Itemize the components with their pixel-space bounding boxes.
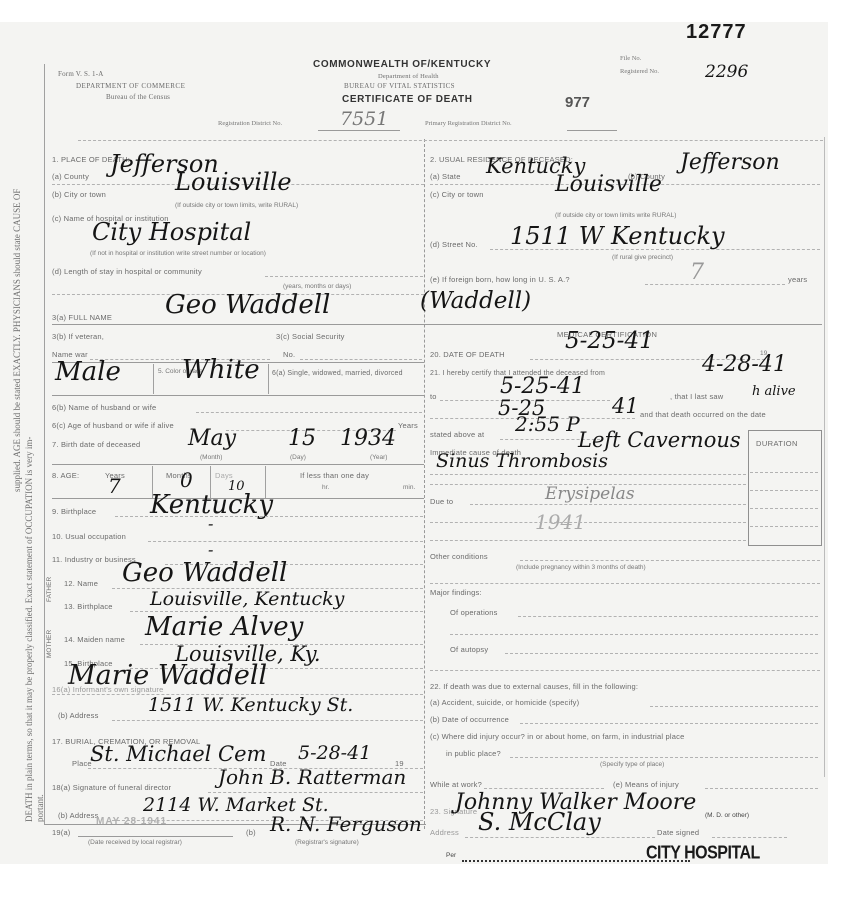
full-name-label: 3(a) FULL NAME: [52, 313, 112, 322]
birth-year[interactable]: 1934: [340, 426, 396, 451]
funeral-director-value[interactable]: John B. Ratterman: [218, 765, 406, 789]
stay-hint: (years, months or days): [283, 283, 351, 290]
city-label: (b) City or town: [52, 190, 106, 199]
full-name-alt[interactable]: (Waddell): [420, 288, 531, 314]
cause-line-1: [430, 474, 746, 475]
funeral-director-label: 18(a) Signature of funeral director: [52, 783, 171, 792]
form-left-border: [44, 64, 45, 824]
attended-from-value[interactable]: 4-28-41: [702, 352, 787, 377]
age-years-value[interactable]: 7: [108, 474, 121, 498]
year-hint: (Year): [370, 454, 387, 461]
age-label: 8. AGE:: [52, 471, 79, 480]
accident-label: (a) Accident, suicide, or homicide (spec…: [430, 698, 579, 707]
department-of-commerce: DEPARTMENT OF COMMERCE: [76, 82, 185, 90]
father-birthplace-label: 13. Birthplace: [64, 602, 113, 611]
father-tag: FATHER: [46, 577, 53, 602]
operations-line: [518, 616, 818, 617]
residence-city-value[interactable]: Louisville: [555, 172, 662, 197]
certificate-number: 12777: [686, 21, 747, 44]
due-to-line-1: [470, 504, 746, 505]
residence-street-line: [490, 249, 820, 250]
occupation-label: 10. Usual occupation: [52, 532, 126, 541]
social-security-label: 3(c) Social Security: [276, 332, 345, 341]
per-label: Per: [446, 852, 456, 859]
residence-city-hint: (If outside city or town limits write RU…: [555, 212, 676, 219]
primary-registration-label: Primary Registration District No.: [425, 120, 512, 127]
registered-no-label: Registered No.: [620, 68, 659, 75]
date-signed-label: Date signed: [657, 828, 699, 837]
ss-no-line: [300, 359, 422, 360]
burial-place-value[interactable]: St. Michael Cem: [90, 742, 266, 766]
foreign-born-line: [645, 284, 785, 285]
registrar-signature-value[interactable]: R. N. Ferguson: [270, 812, 422, 836]
bureau-of-census: Bureau of the Census: [106, 93, 170, 101]
registration-district-line: [318, 130, 400, 131]
last-saw-year[interactable]: 41: [612, 394, 639, 418]
md-hint: (M. D. or other): [705, 812, 749, 819]
residence-county-value[interactable]: Jefferson: [680, 150, 780, 175]
duration-line-4: [750, 526, 818, 527]
funeral-director-line: [208, 792, 423, 793]
stay-label: (d) Length of stay in hospital or commun…: [52, 267, 202, 276]
spouse-age-label: 6(c) Age of husband or wife if alive: [52, 421, 174, 430]
date-received-line: [78, 836, 233, 837]
primary-registration-value: 977: [565, 94, 590, 111]
county-label: (a) County: [52, 172, 89, 181]
registration-district-label: Registration District No.: [218, 120, 282, 127]
occupation-value[interactable]: -: [208, 514, 213, 533]
registration-district-value: 7551: [340, 108, 388, 130]
due-to-line-3: [430, 540, 746, 541]
age-months-value[interactable]: 0: [180, 468, 193, 492]
autopsy-label: Of autopsy: [450, 645, 488, 654]
duration-line-1: [750, 472, 818, 473]
date-of-death-value[interactable]: 5-25-41: [565, 328, 654, 354]
duration-line-3: [750, 508, 818, 509]
column-divider: [424, 139, 425, 829]
registrar-hint: (Registrar's signature): [295, 839, 359, 846]
other-conditions-label: Other conditions: [430, 552, 488, 561]
last-saw-label: , that I last saw: [670, 392, 723, 401]
form-right-border: [824, 137, 825, 777]
informant-address-value[interactable]: 1511 W. Kentucky St.: [148, 694, 353, 716]
physician-address-label: Address: [430, 828, 459, 837]
other-conditions-line: [520, 560, 820, 561]
birth-date-rule: [52, 464, 424, 465]
operations-line-2: [450, 634, 818, 635]
less-than-day-label: If less than one day: [300, 471, 369, 480]
autopsy-line-2: [430, 670, 820, 671]
due-to-value[interactable]: Erysipelas: [545, 484, 635, 504]
other-conditions-hint: (Include pregnancy within 3 months of de…: [516, 564, 646, 571]
mother-name-label: 14. Maiden name: [64, 635, 125, 644]
informant-address-line: [112, 720, 423, 721]
residence-state-label: (a) State: [430, 172, 461, 181]
mother-name-value[interactable]: Marie Alvey: [145, 612, 303, 642]
birthplace-line: [115, 516, 423, 517]
commonwealth-title: COMMONWEALTH OF/KENTUCKY: [313, 59, 491, 70]
autopsy-line: [505, 653, 818, 654]
death-certificate-page: supplied. AGE should be stated EXACTLY. …: [0, 22, 828, 864]
stated-above-label: stated above at: [430, 430, 484, 439]
injury-place-label-2: in public place?: [446, 749, 501, 758]
father-name-value[interactable]: Geo Waddell: [122, 558, 287, 588]
duration-line-2: [750, 490, 818, 491]
birth-day[interactable]: 15: [288, 426, 316, 451]
external-causes-heading: 22. If death was due to external causes,…: [430, 682, 638, 691]
sex-value[interactable]: Male: [55, 357, 121, 387]
registrar-label: (b): [246, 828, 256, 837]
director-address-label: (b) Address: [58, 811, 99, 820]
margin-instructions-line-1: supplied. AGE should be stated EXACTLY. …: [12, 189, 22, 492]
color-value[interactable]: White: [182, 355, 260, 385]
color-divider: [268, 364, 269, 394]
burial-place-label: Place: [72, 759, 92, 768]
means-of-injury-label: (e) Means of injury: [613, 780, 679, 789]
date-received-hint: (Date received by local registrar): [88, 839, 182, 846]
hospital-hint: (If not in hospital or institution write…: [90, 250, 266, 257]
hr-label: hr.: [322, 484, 329, 491]
duration-label: DURATION: [756, 439, 798, 448]
city-hint: (If outside city or town limits, write R…: [175, 202, 298, 209]
marital-label: 6(a) Single, widowed, married, divorced: [272, 368, 422, 379]
stay-line: [265, 276, 423, 277]
burial-date-value[interactable]: 5-28-41: [298, 742, 371, 764]
foreign-born-value[interactable]: 7: [690, 260, 704, 285]
major-findings-label: Major findings:: [430, 588, 482, 597]
spouse-name-line: [196, 412, 422, 413]
immediate-cause-value-2[interactable]: Sinus Thrombosis: [436, 450, 608, 472]
file-no-label: File No.: [620, 55, 641, 62]
month-hint: (Month): [200, 454, 222, 461]
other-conditions-line-2: [430, 583, 820, 584]
min-label: min.: [403, 484, 415, 491]
registered-no-value: 2296: [705, 62, 748, 82]
primary-registration-line: [567, 130, 617, 131]
operations-label: Of operations: [450, 608, 498, 617]
injury-place-hint: (Specify type of place): [600, 761, 664, 768]
veteran-label: 3(b) If veteran,: [52, 332, 104, 341]
injury-place-label: (c) Where did injury occur? in or about …: [430, 732, 685, 741]
occupation-line: [148, 541, 423, 542]
foreign-born-unit: years: [788, 275, 807, 284]
date-of-death-label: 20. DATE OF DEATH: [430, 350, 505, 359]
industry-value[interactable]: -: [208, 540, 213, 559]
residence-street-label: (d) Street No.: [430, 240, 478, 249]
physician-address-line: [465, 837, 655, 838]
while-at-work-line: [484, 788, 604, 789]
residence-street-value[interactable]: 1511 W Kentucky: [510, 222, 725, 250]
city-hospital-stamp: CITY HOSPITAL: [646, 844, 760, 865]
department-of-health: Department of Health: [378, 73, 439, 80]
while-at-work-label: While at work?: [430, 780, 482, 789]
due-to-label: Due to: [430, 497, 453, 506]
occurrence-date-label: (b) Date of occurrence: [430, 715, 509, 724]
injury-place-line: [510, 757, 818, 758]
foreign-born-label: (e) If foreign born, how long in U. S. A…: [430, 275, 570, 284]
means-of-injury-line: [705, 788, 818, 789]
residence-city-label: (c) City or town: [430, 190, 484, 199]
hospital-value[interactable]: City Hospital: [92, 218, 251, 246]
mother-tag: MOTHER: [46, 630, 53, 658]
informant-signature-value[interactable]: Marie Waddell: [68, 660, 267, 691]
due-to-line-2: [430, 522, 746, 523]
full-name-value[interactable]: Geo Waddell: [165, 290, 330, 320]
margin-instructions-line-2: DEATH in plain terms, so that it may be …: [24, 437, 34, 822]
father-name-label: 12. Name: [64, 579, 98, 588]
city-value[interactable]: Louisville: [175, 168, 292, 196]
father-birthplace-value[interactable]: Louisville, Kentucky: [150, 588, 344, 610]
last-saw-value[interactable]: h alive: [752, 384, 796, 399]
sex-row-rule: [52, 395, 424, 396]
spouse-name-label: 6(b) Name of husband or wife: [52, 403, 156, 412]
sex-divider: [153, 364, 154, 394]
full-name-line: [52, 324, 822, 325]
spouse-age-unit: Years: [398, 421, 418, 430]
header-rule: [78, 140, 823, 141]
accident-line: [650, 706, 818, 707]
bureau-of-vital-statistics: BUREAU OF VITAL STATISTICS: [344, 82, 455, 90]
certificate-title: CERTIFICATE OF DEATH: [342, 94, 473, 105]
date-received-stamp: MAY 28 1941: [96, 816, 167, 827]
birthplace-label: 9. Birthplace: [52, 507, 96, 516]
birth-month[interactable]: May: [188, 426, 236, 451]
day-hint: (Day): [290, 454, 306, 461]
attended-to-label: to: [430, 392, 437, 401]
residence-street-hint: (If rural give precinct): [612, 254, 673, 261]
ss-no-label: No.: [283, 350, 295, 359]
form-id: Form V. S. 1-A: [58, 70, 104, 78]
date-signed-line: [712, 837, 787, 838]
occurrence-date-line: [520, 723, 818, 724]
informant-address-label: (b) Address: [58, 711, 99, 720]
death-occurred-text: and that death occurred on the date: [640, 410, 766, 419]
date-received-label: 19(a): [52, 828, 71, 837]
stated-above-value[interactable]: 2:55 P: [515, 412, 580, 436]
physician-address-signature[interactable]: S. McClay: [478, 808, 601, 836]
immediate-cause-value-1[interactable]: Left Cavernous: [578, 428, 741, 452]
birth-date-label: 7. Birth date of deceased: [52, 440, 140, 449]
